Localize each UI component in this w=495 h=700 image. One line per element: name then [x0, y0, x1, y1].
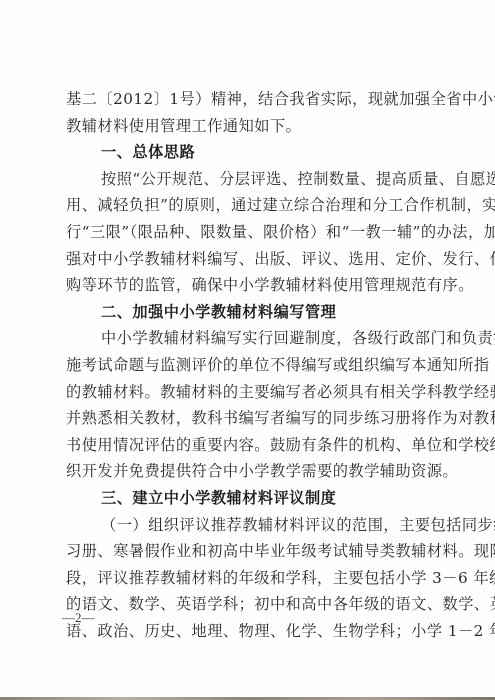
section-heading-2: 二、加强中小学教辅材料编写管理 [66, 299, 434, 326]
body-line: 并熟悉相关教材，教科书编写者编写的同步练习册将作为对教科 [66, 405, 434, 432]
body-line: 织开发并免费提供符合中小学教学需要的教学辅助资源。 [66, 458, 434, 485]
body-line: 用、减轻负担”的原则，通过建立综合治理和分工合作机制，实 [66, 192, 434, 219]
document-page: 基二〔2012〕1号）精神，结合我省实际，现就加强全省中小学 教辅材料使用管理工… [0, 0, 495, 700]
body-line: 教辅材料使用管理工作通知如下。 [66, 113, 434, 140]
body-line: 的语文、数学、英语学科；初中和高中各年级的语文、数学、英 [66, 591, 434, 618]
body-line: 习册、寒暑假作业和初高中毕业年级考试辅导类教辅材料。现阶 [66, 538, 434, 565]
body-line: 基二〔2012〕1号）精神，结合我省实际，现就加强全省中小学 [66, 86, 434, 113]
body-line: 段，评议推荐教辅材料的年级和学科，主要包括小学 3－6 年级 [66, 565, 434, 592]
body-line: 中小学教辅材料编写实行回避制度，各级行政部门和负责实 [66, 325, 434, 352]
body-line: 的教辅材料。教辅材料的主要编写者必须具有相关学科教学经验 [66, 379, 434, 406]
body-line: 按照“公开规范、分层评选、控制数量、提高质量、自愿选 [66, 166, 434, 193]
body-line: 书使用情况评估的重要内容。鼓励有条件的机构、单位和学校组 [66, 432, 434, 459]
page-number: —2— [62, 610, 95, 626]
body-line: （一）组织评议推荐教辅材料评议的范围，主要包括同步练 [66, 512, 434, 539]
section-heading-3: 三、建立中小学教辅材料评议制度 [66, 485, 434, 512]
body-line: 行“三限”（限品种、限数量、限价格）和“一教一辅”的办法，加 [66, 219, 434, 246]
section-heading-1: 一、总体思路 [66, 139, 434, 166]
body-line: 强对中小学教辅材料编写、出版、评议、选用、定价、发行、代 [66, 246, 434, 273]
body-line: 语、政治、历史、地理、物理、化学、生物学科；小学 1－2 年 [66, 618, 434, 645]
body-line: 施考试命题与监测评价的单位不得编写或组织编写本通知所指 [66, 352, 434, 379]
body-line: 购等环节的监管，确保中小学教辅材料使用管理规范有序。 [66, 272, 434, 299]
document-body: 基二〔2012〕1号）精神，结合我省实际，现就加强全省中小学 教辅材料使用管理工… [66, 86, 434, 644]
